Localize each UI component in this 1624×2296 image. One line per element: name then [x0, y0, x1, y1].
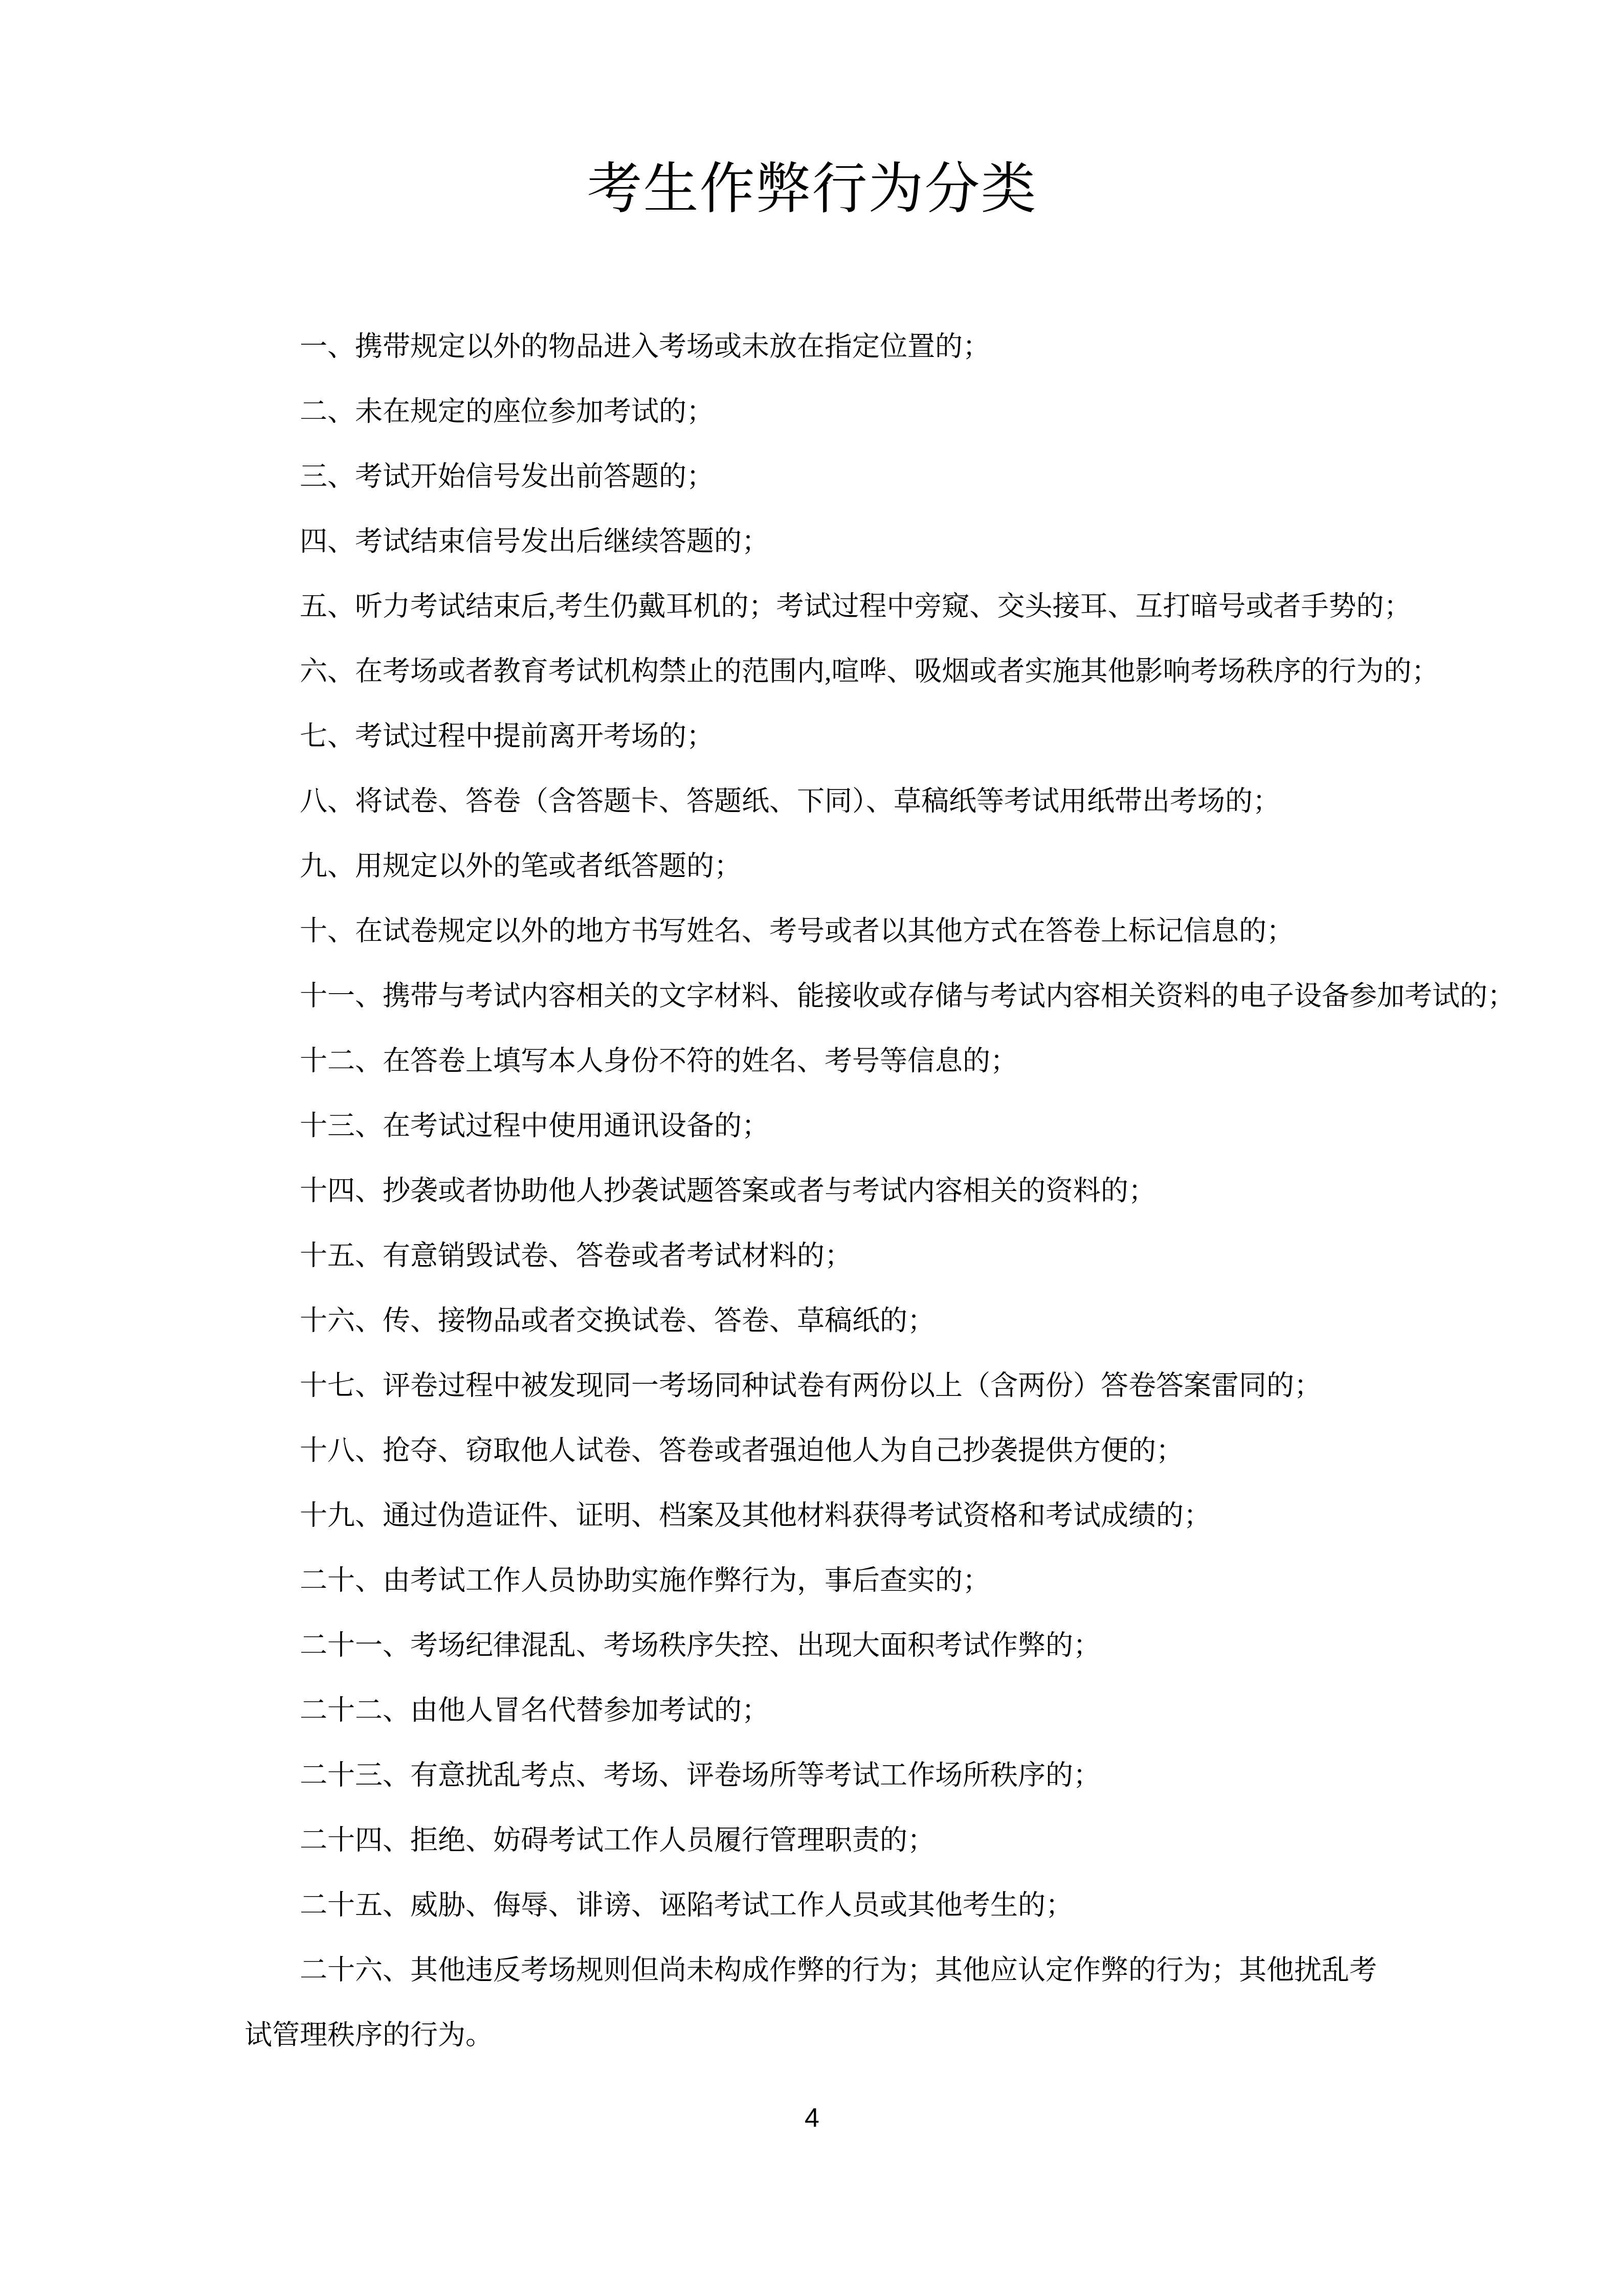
list-item: 九、用规定以外的笔或者纸答题的；	[244, 834, 1517, 899]
list-item: 一、携带规定以外的物品进入考场或未放在指定位置的；	[244, 314, 1517, 379]
list-item: 二十、由考试工作人员协助实施作弊行为，事后查实的；	[244, 1548, 1517, 1613]
list-item: 四、考试结束信号发出后继续答题的；	[244, 509, 1517, 574]
rules-list: 一、携带规定以外的物品进入考场或未放在指定位置的；二、未在规定的座位参加考试的；…	[244, 314, 1517, 2068]
list-item: 二十二、由他人冒名代替参加考试的；	[244, 1678, 1517, 1743]
list-item: 十七、评卷过程中被发现同一考场同种试卷有两份以上（含两份）答卷答案雷同的；	[244, 1354, 1517, 1419]
list-item: 十六、传、接物品或者交换试卷、答卷、草稿纸的；	[244, 1289, 1517, 1354]
list-item: 十九、通过伪造证件、证明、档案及其他材料获得考试资格和考试成绩的；	[244, 1483, 1517, 1548]
document-page: 考生作弊行为分类 一、携带规定以外的物品进入考场或未放在指定位置的；二、未在规定…	[0, 0, 1624, 2296]
list-item: 十五、有意销毁试卷、答卷或者考试材料的；	[244, 1224, 1517, 1289]
list-item: 十二、在答卷上填写本人身份不符的姓名、考号等信息的；	[244, 1029, 1517, 1094]
list-item: 二十三、有意扰乱考点、考场、评卷场所等考试工作场所秩序的；	[244, 1743, 1517, 1808]
page-number: 4	[0, 2103, 1624, 2133]
list-item: 六、在考场或者教育考试机构禁止的范围内,喧哗、吸烟或者实施其他影响考场秩序的行为…	[244, 639, 1517, 704]
list-item: 十四、抄袭或者协助他人抄袭试题答案或者与考试内容相关的资料的；	[244, 1159, 1517, 1224]
list-item: 二十四、拒绝、妨碍考试工作人员履行管理职责的；	[244, 1808, 1517, 1873]
list-item: 二、未在规定的座位参加考试的；	[244, 379, 1517, 444]
list-item: 五、听力考试结束后,考生仍戴耳机的；考试过程中旁窥、交头接耳、互打暗号或者手势的…	[244, 574, 1517, 639]
page-title: 考生作弊行为分类	[0, 150, 1624, 227]
list-item: 十三、在考试过程中使用通讯设备的；	[244, 1094, 1517, 1159]
list-item: 二十六、其他违反考场规则但尚未构成作弊的行为；其他应认定作弊的行为；其他扰乱考试…	[244, 1938, 1390, 2068]
list-item: 十一、携带与考试内容相关的文字材料、能接收或存储与考试内容相关资料的电子设备参加…	[244, 964, 1517, 1029]
list-item: 二十五、威胁、侮辱、诽谤、诬陷考试工作人员或其他考生的；	[244, 1873, 1517, 1938]
list-item: 七、考试过程中提前离开考场的；	[244, 704, 1517, 769]
list-item: 二十一、考场纪律混乱、考场秩序失控、出现大面积考试作弊的；	[244, 1613, 1517, 1678]
list-item: 八、将试卷、答卷（含答题卡、答题纸、下同）、草稿纸等考试用纸带出考场的；	[244, 769, 1517, 834]
list-item: 十、在试卷规定以外的地方书写姓名、考号或者以其他方式在答卷上标记信息的；	[244, 899, 1517, 964]
list-item: 十八、抢夺、窃取他人试卷、答卷或者强迫他人为自己抄袭提供方便的；	[244, 1419, 1517, 1483]
list-item: 三、考试开始信号发出前答题的；	[244, 444, 1517, 509]
